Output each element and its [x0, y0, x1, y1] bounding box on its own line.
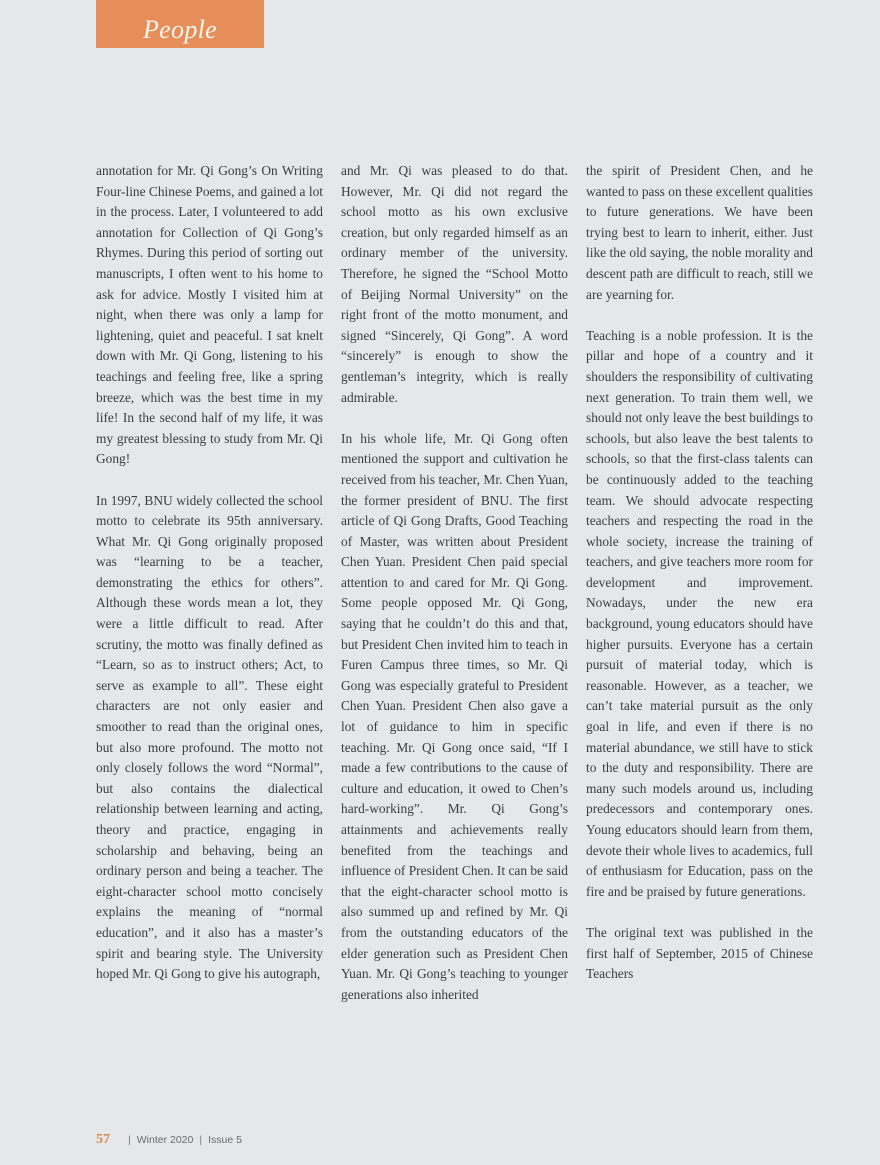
footer-separator: | — [199, 1134, 202, 1146]
footer-separator: | — [128, 1134, 131, 1146]
article-paragraph: In 1997, BNU widely collected the school… — [96, 491, 323, 985]
section-label: People — [143, 15, 217, 45]
issue-label: Issue 5 — [208, 1134, 242, 1146]
page-footer: 57 | Winter 2020 | Issue 5 — [96, 1132, 242, 1148]
article-paragraph: the spirit of President Chen, and he wan… — [586, 161, 813, 305]
article-paragraph: and Mr. Qi was pleased to do that. Howev… — [341, 161, 568, 408]
page-number: 57 — [96, 1132, 110, 1148]
section-header-tab: People — [96, 0, 264, 48]
article-column-1: annotation for Mr. Qi Gong’s On Writing … — [96, 161, 323, 1005]
article-paragraph: Teaching is a noble profession. It is th… — [586, 326, 813, 903]
source-note: The original text was published in the f… — [586, 923, 813, 985]
article-column-3: the spirit of President Chen, and he wan… — [586, 161, 813, 1005]
article-paragraph: annotation for Mr. Qi Gong’s On Writing … — [96, 161, 323, 470]
article-paragraph: In his whole life, Mr. Qi Gong often men… — [341, 429, 568, 1006]
article-column-2: and Mr. Qi was pleased to do that. Howev… — [341, 161, 568, 1026]
issue-season: Winter 2020 — [137, 1134, 194, 1146]
